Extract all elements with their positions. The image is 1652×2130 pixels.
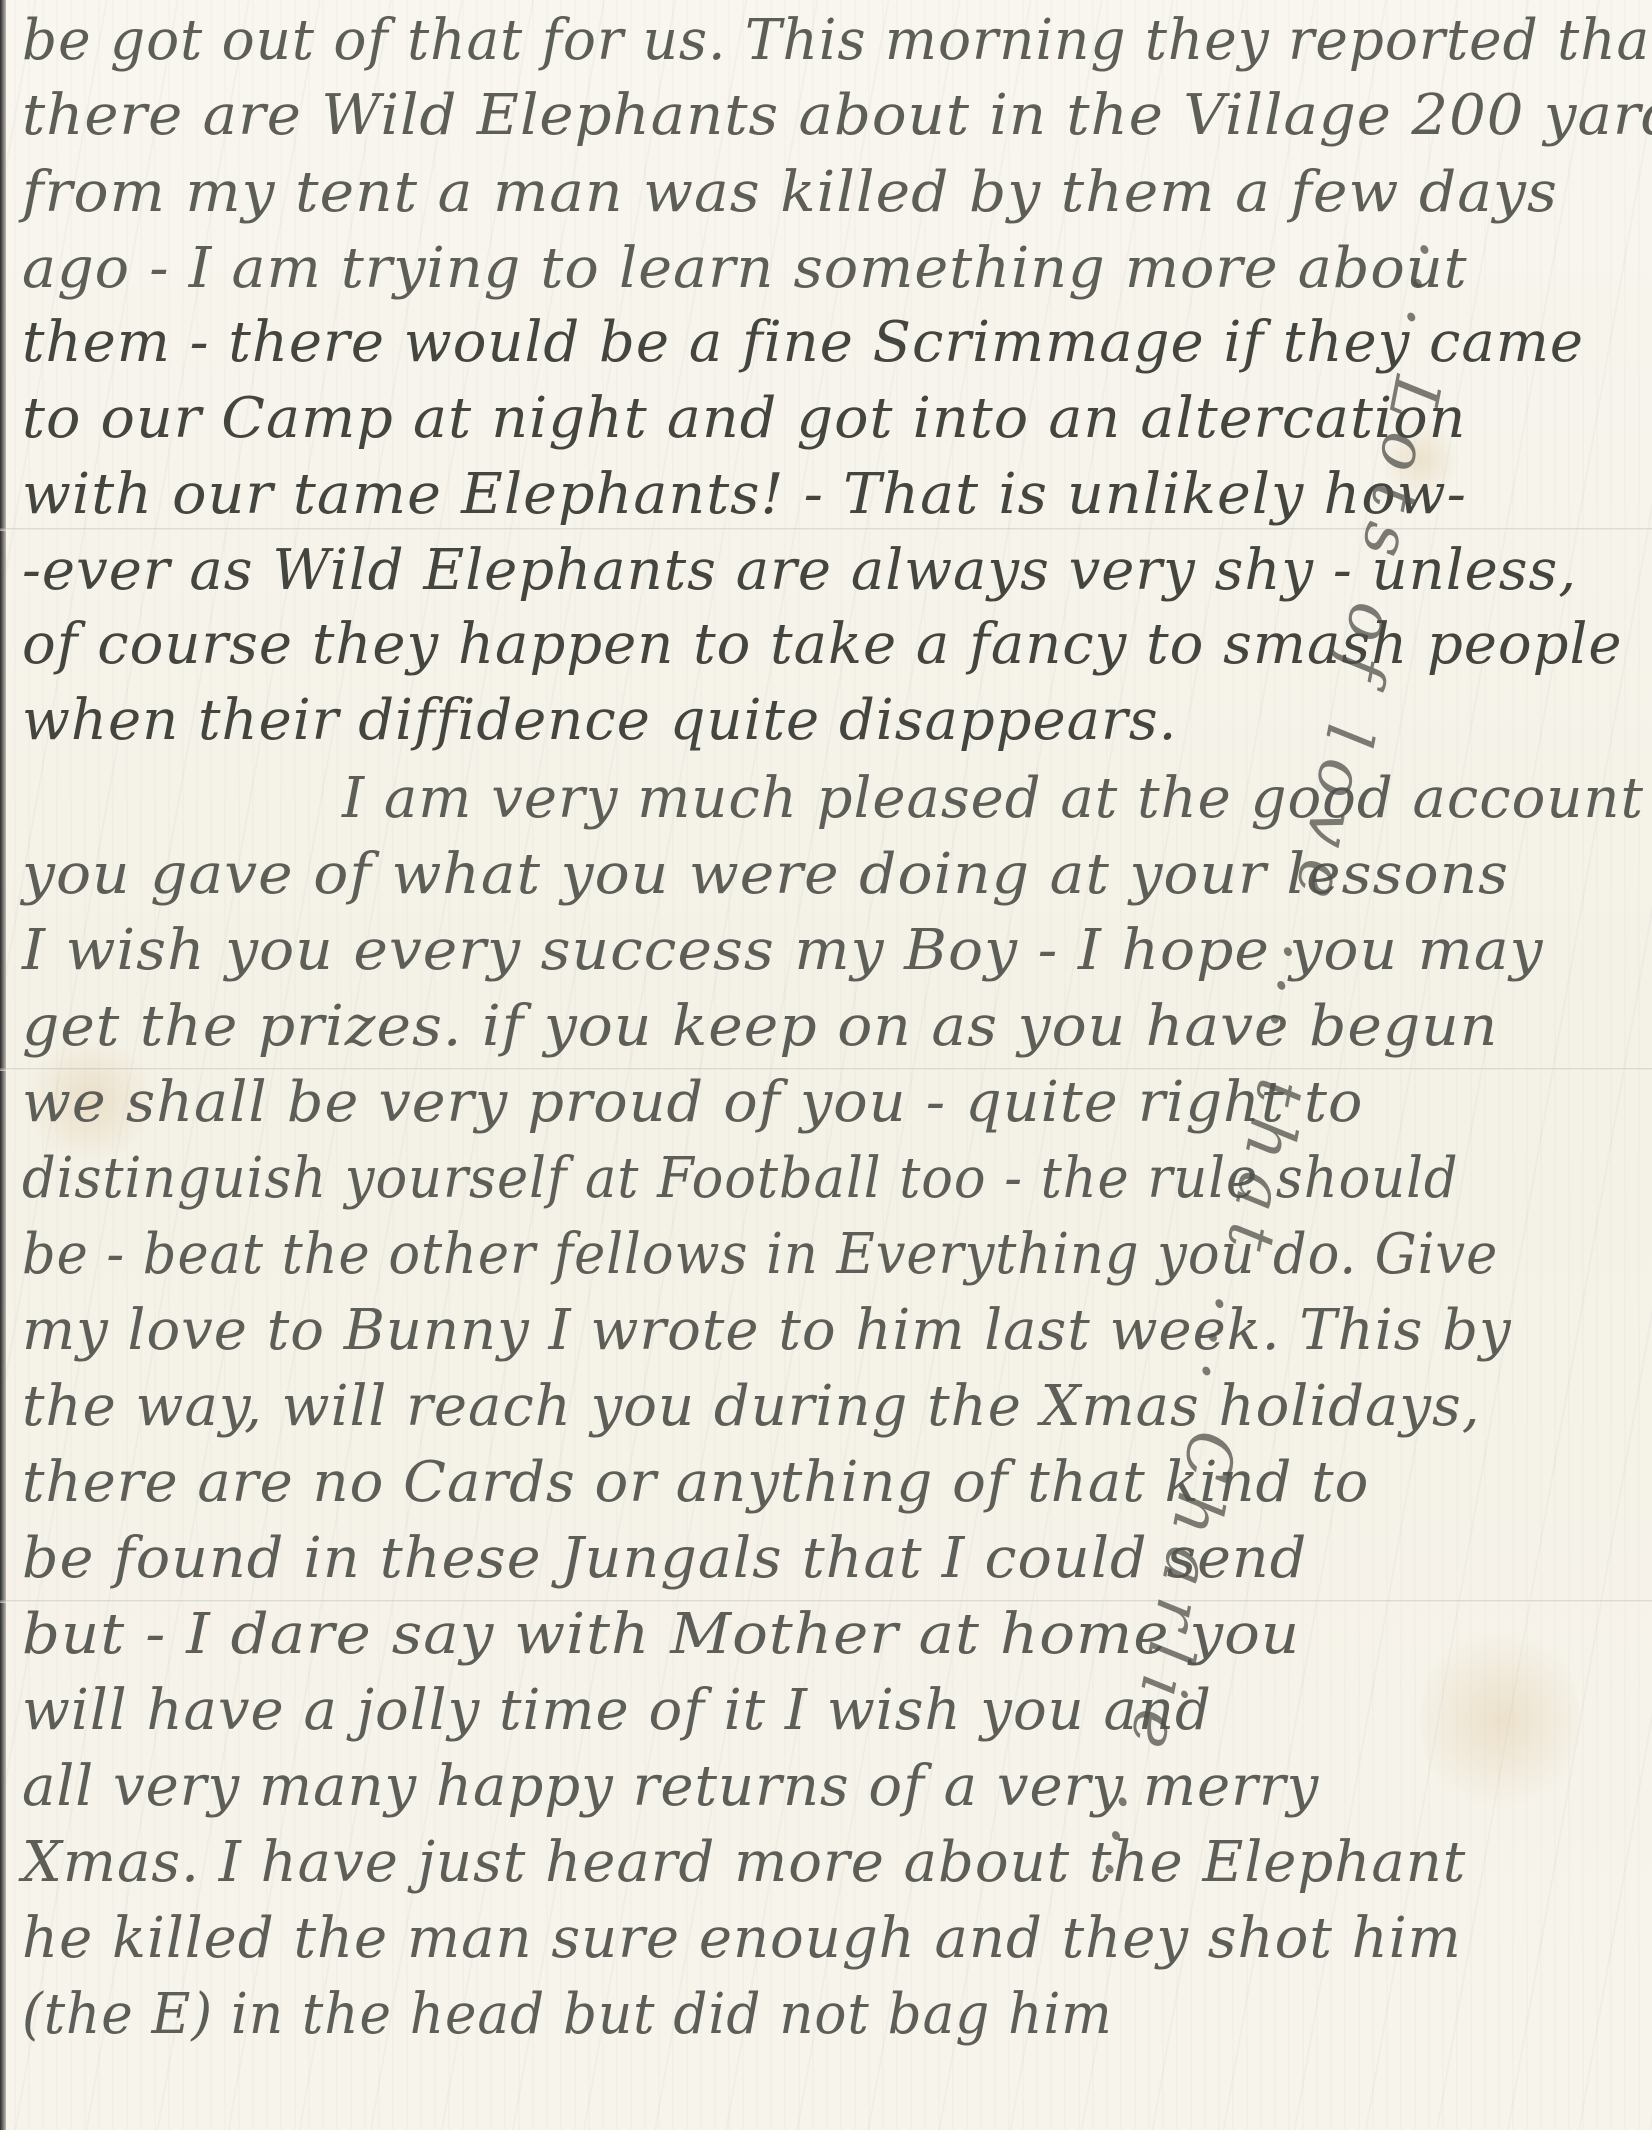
letter-line: (the E) in the head but did not bag him: [22, 1982, 1113, 2047]
letter-line: to our Camp at night and got into an alt…: [22, 386, 1466, 451]
letter-line: will have a jolly time of it I wish you …: [22, 1678, 1212, 1743]
letter-line: we shall be very proud of you - quite ri…: [22, 1070, 1363, 1135]
letter-line: there are Wild Elephants about in the Vi…: [22, 83, 1652, 148]
letter-line: Xmas. I have just heard more about the E…: [22, 1830, 1466, 1895]
paper-stain: [1420, 1620, 1580, 1820]
letter-line: be got out of that for us. This morning …: [22, 8, 1652, 73]
letter-line: ago - I am trying to learn something mor…: [22, 236, 1468, 301]
letter-page: be got out of that for us. This morning …: [0, 0, 1652, 2130]
letter-line: be found in these Jungals that I could s…: [22, 1526, 1307, 1591]
letter-line: when their diffidence quite disappears.: [22, 688, 1177, 753]
letter-line: from my tent a man was killed by them a …: [22, 160, 1558, 225]
letter-line: with our tame Elephants! - That is unlik…: [22, 462, 1467, 527]
letter-line: them - there would be a fine Scrimmage i…: [22, 310, 1584, 375]
letter-line: the way, will reach you during the Xmas …: [22, 1374, 1481, 1439]
letter-line: but - I dare say with Mother at home you: [22, 1602, 1300, 1667]
letter-line-indented: I am very much pleased at the good accou…: [342, 766, 1644, 831]
letter-line: my love to Bunny I wrote to him last wee…: [22, 1298, 1512, 1363]
letter-line: he killed the man sure enough and they s…: [22, 1906, 1462, 1971]
page-edge-shadow: [0, 0, 6, 2130]
